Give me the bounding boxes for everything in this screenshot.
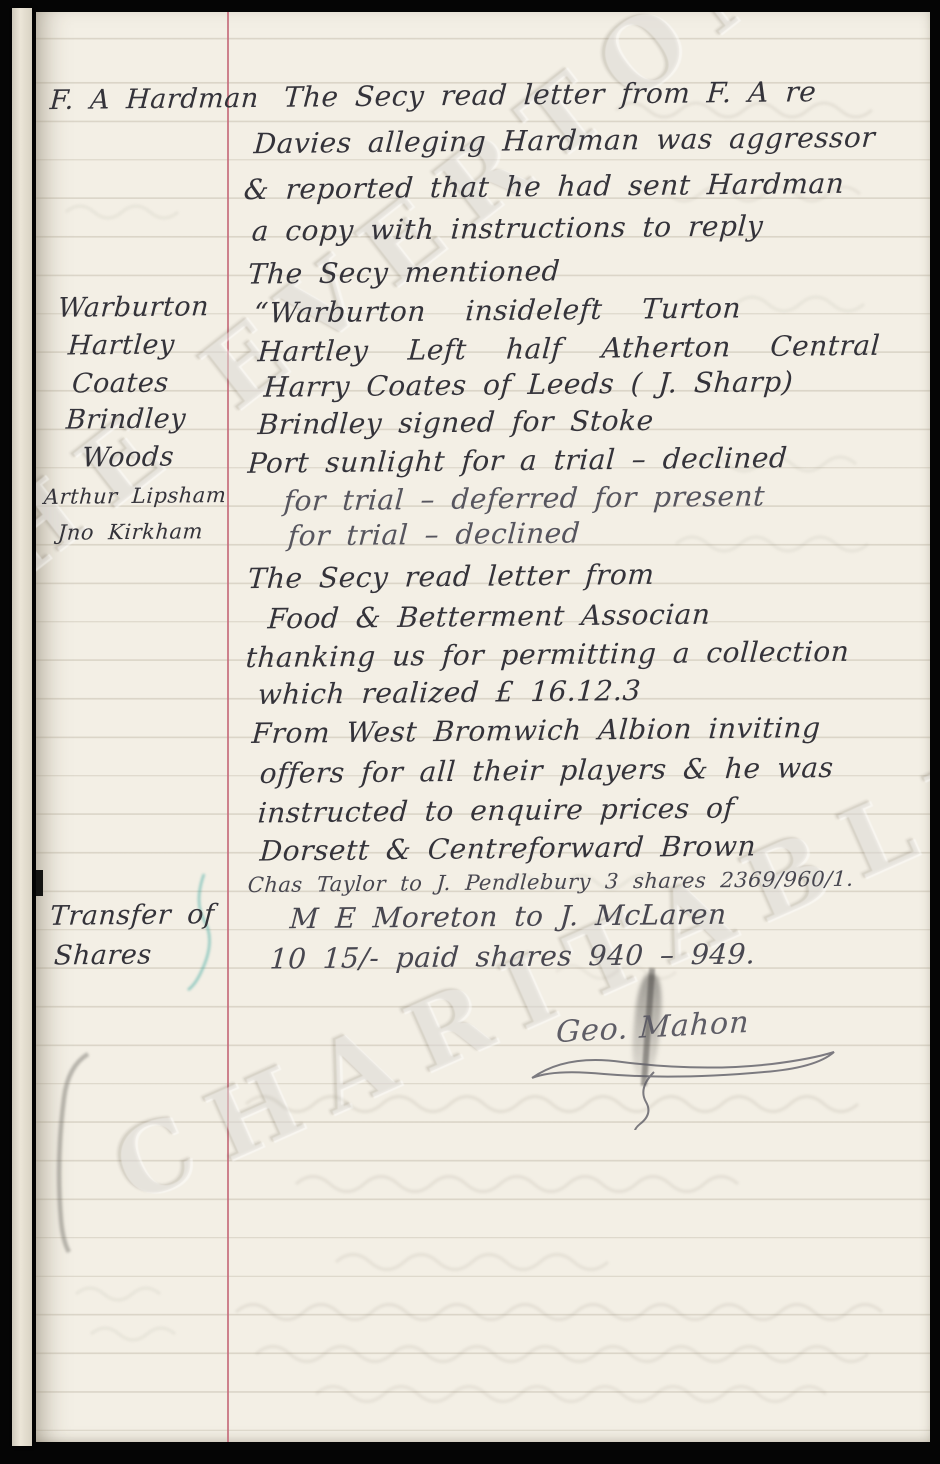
ledger-line: The Secy mentioned: [247, 254, 561, 290]
book-binding-edge: [12, 8, 32, 1446]
ledger-line: 10 15/- paid shares 940 – 949.: [269, 937, 757, 975]
margin-entry: Shares: [53, 939, 153, 971]
ledger-line: From West Bromwich Albion inviting: [251, 711, 822, 750]
ledger-line: offers for all their players & he was: [259, 751, 835, 790]
minute-book-page: THE EVERTON COLLECTION CHARITABLE TRUST: [36, 12, 930, 1442]
ledger-line: Davies alleging Hardman was aggressor: [253, 121, 877, 161]
ledger-line: for trial – declined: [287, 516, 581, 552]
margin-entry: Arthur Lipsham: [43, 483, 227, 509]
ledger-line: Dorsett & Centreforward Brown: [259, 829, 757, 867]
ledger-line: instructed to enquire prices of: [257, 792, 736, 830]
ledger-line: a copy with instructions to reply: [251, 209, 764, 247]
margin-entry: Hartley: [67, 329, 176, 361]
ledger-line: The Secy read letter from: [247, 558, 656, 595]
margin-rule-line: [227, 12, 229, 1442]
ledger-line: for trial – deferred for present: [283, 479, 766, 517]
ledger-line: Harry Coates of Leeds ( J. Sharp): [263, 365, 794, 404]
ledger-line: & reported that he had sent Hardman: [243, 167, 845, 206]
margin-entry: Jno Kirkham: [57, 519, 203, 545]
ledger-line: M E Moreton to J. McLaren: [289, 898, 728, 936]
ledger-line: which realized £ 16.12.3: [257, 674, 642, 711]
ledger-line: Food & Betterment Associan: [267, 598, 712, 636]
margin-entry: Coates: [71, 367, 170, 399]
signature-flourish: [526, 1020, 846, 1130]
margin-entry: Warburton: [57, 291, 210, 324]
ledger-line: thanking us for permitting a collection: [245, 635, 851, 674]
margin-entry: Woods: [81, 442, 175, 474]
margin-entry: Transfer of: [49, 899, 215, 932]
margin-entry: F. A Hardman: [49, 83, 260, 116]
ledger-line: The Secy read letter from F. A re: [283, 75, 818, 114]
ledger-line: Port sunlight for a trial – declined: [247, 441, 789, 480]
margin-entry: Brindley: [65, 403, 187, 435]
ledger-line: “Warburton insideleft Turton: [253, 291, 742, 329]
page-edge-notch: [36, 870, 43, 896]
ledger-line: Hartley Left half Atherton Central: [257, 329, 881, 369]
ledger-line: Brindley signed for Stoke: [257, 404, 655, 441]
